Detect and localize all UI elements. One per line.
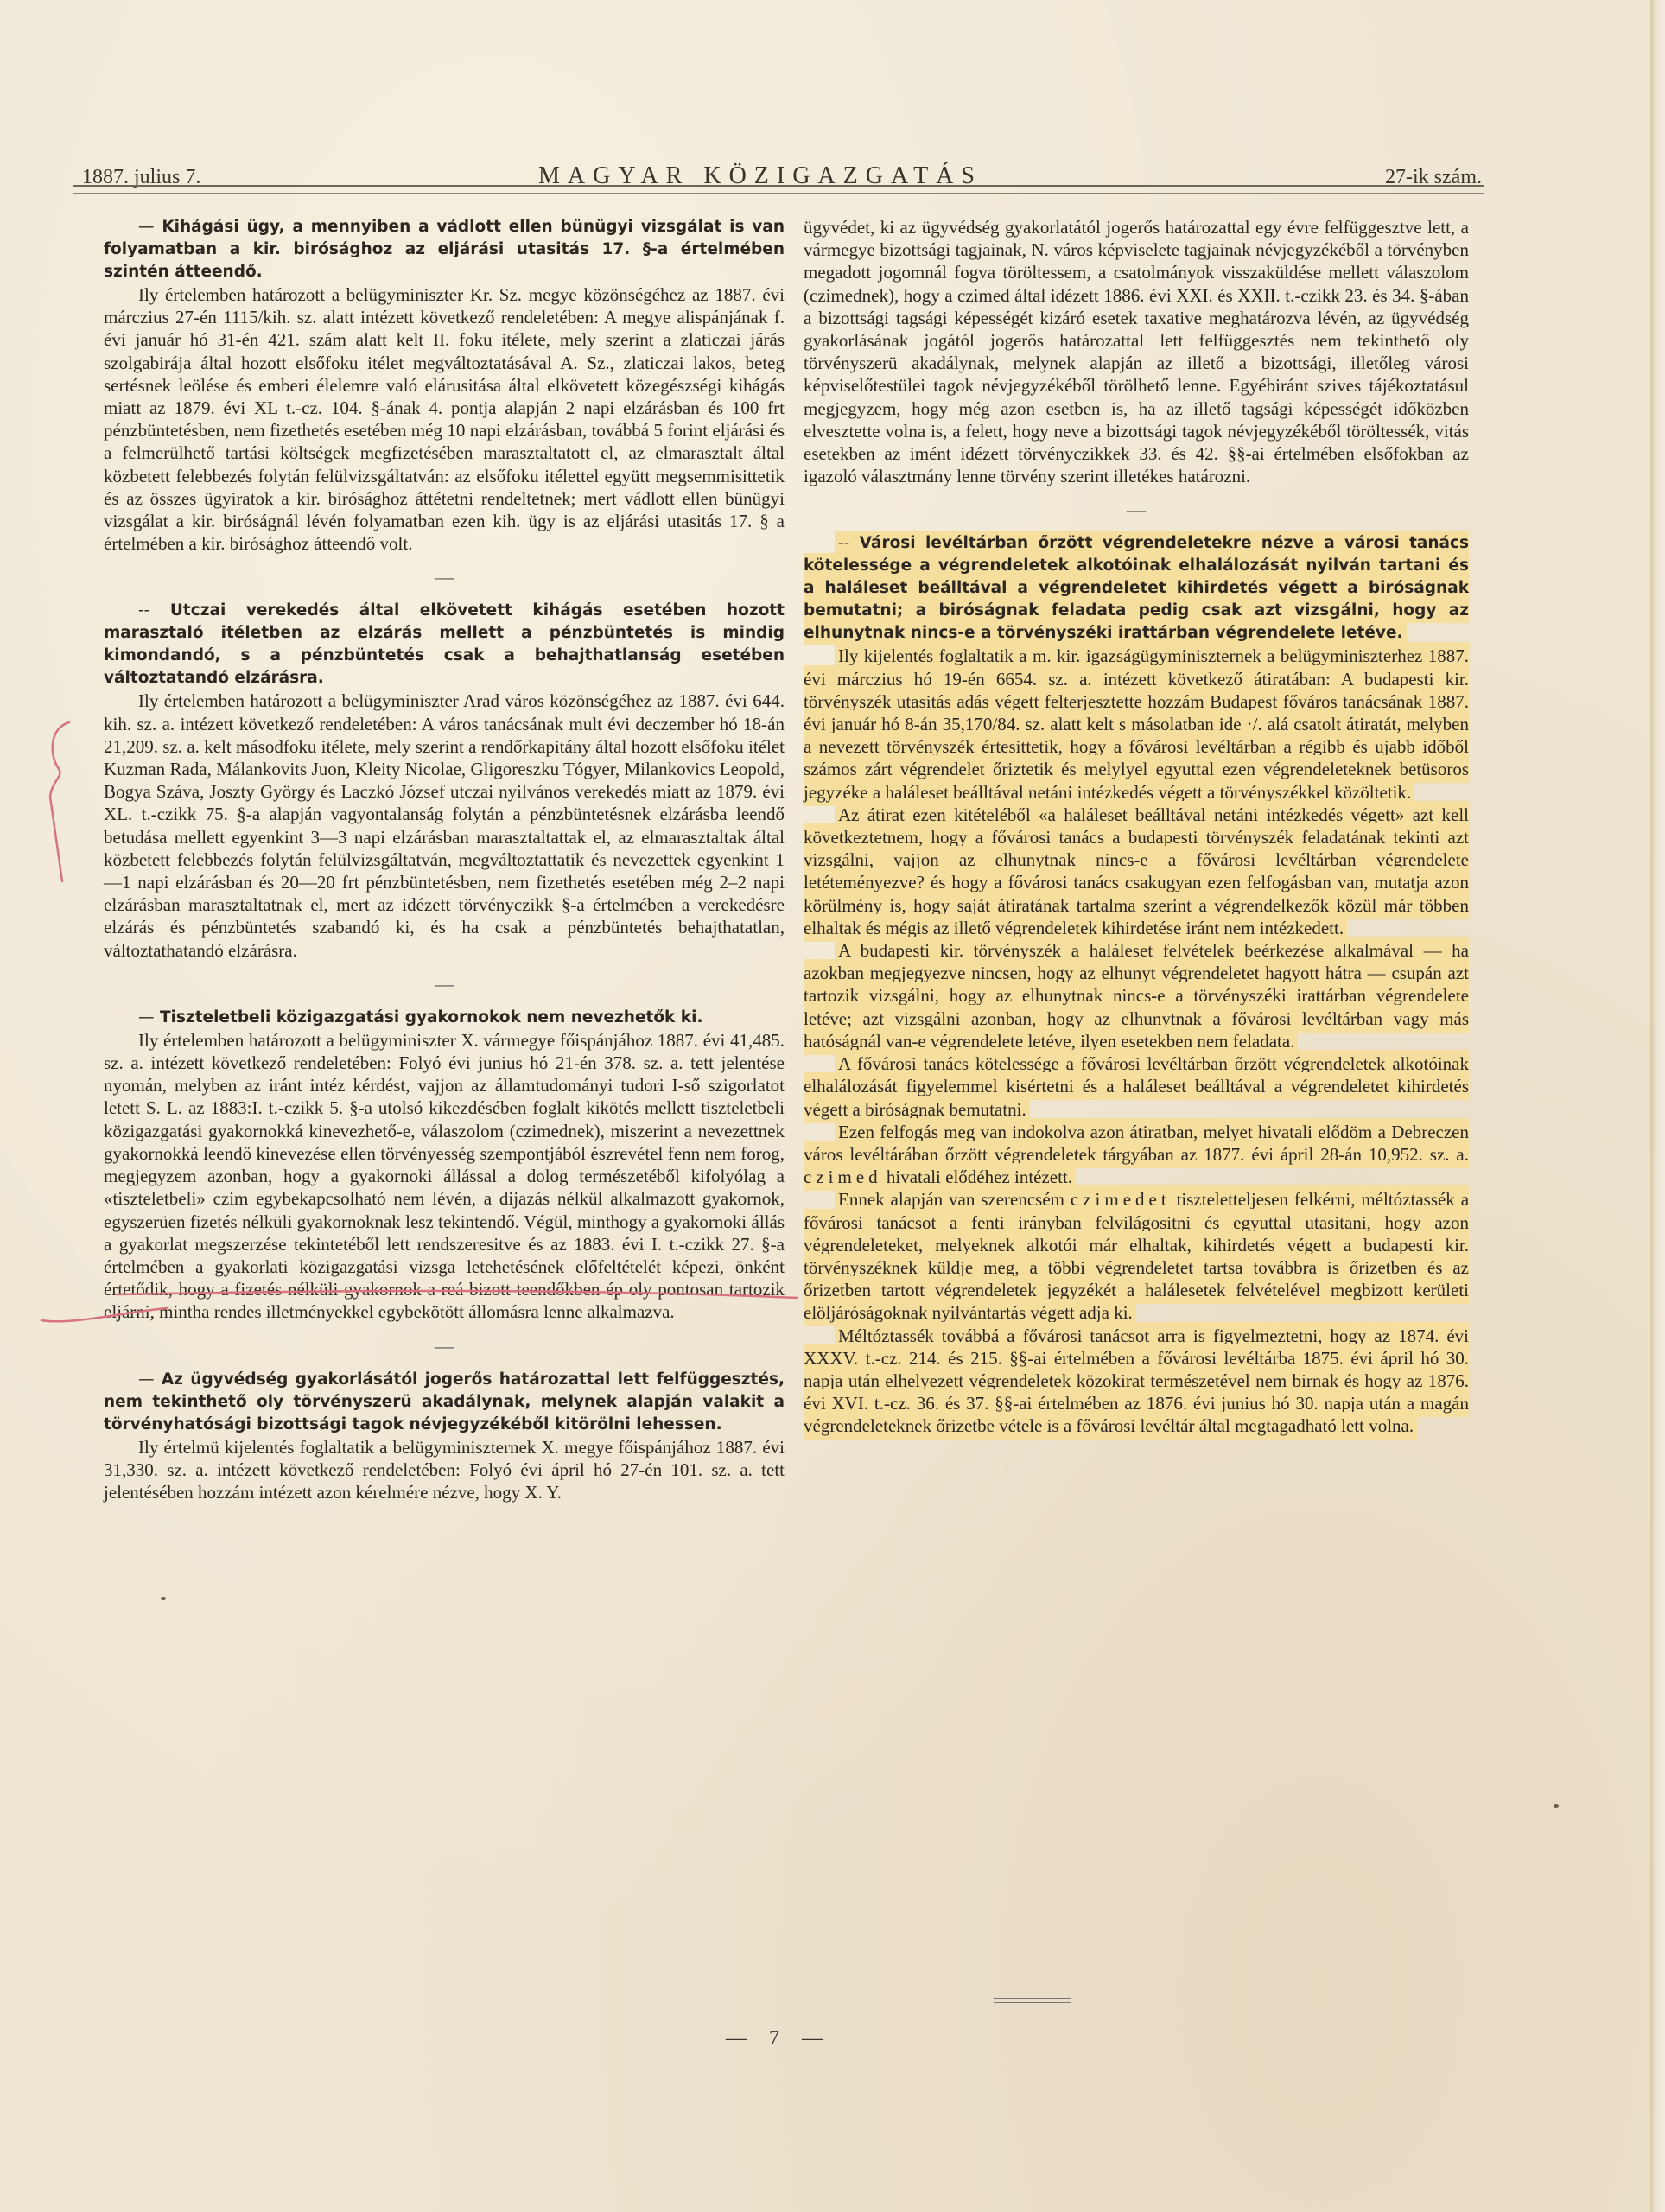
right-column: ügyvédet, ki az ügyvédség gyakorlatától …	[804, 216, 1469, 1438]
article-body: Ily kijelentés foglaltatik a m. kir. iga…	[804, 645, 1469, 803]
article-tiszteletbeli-gyakornokok: — Tiszteletbeli közigazgatási gyakornoko…	[104, 1007, 785, 1324]
article-utczai-verekedes: -- Utczai verekedés által elkövetett kih…	[104, 600, 785, 961]
section-separator: —	[104, 962, 785, 1007]
article-body: A fővárosi tanács kötelessége a fővárosi…	[804, 1052, 1469, 1121]
highlighted-text: -- Városi levéltárban őrzött végrendelet…	[804, 534, 1469, 642]
article-body: Az átirat ezen kitételéből «a haláleset …	[804, 804, 1469, 939]
paper-speck	[161, 1597, 166, 1600]
article-body: Ily értelemben határozott a belügyminisz…	[104, 690, 785, 961]
article-ugyvedseg-felfuggesztes: — Az ügyvédség gyakorlásától jogerős hat…	[104, 1369, 785, 1504]
article-headline: — Tiszteletbeli közigazgatási gyakornoko…	[104, 1007, 785, 1029]
column-divider	[791, 192, 791, 1989]
article-body: A budapesti kir. törvényszék a haláleset…	[804, 939, 1469, 1052]
page-number: — 7 —	[726, 2027, 831, 2050]
article-continuation: ügyvédet, ki az ügyvédség gyakorlatától …	[804, 216, 1469, 487]
article-headline: — Az ügyvédség gyakorlásától jogerős hat…	[104, 1369, 785, 1436]
article-varosi-leveltar-vegrendeletek: -- Városi levéltárban őrzött végrendelet…	[804, 532, 1469, 1437]
pencil-bracket-annotation	[43, 719, 78, 883]
section-separator: —	[104, 555, 785, 600]
newspaper-page: 1887. julius 7. MAGYAR KÖZIGAZGATÁS 27-i…	[0, 0, 1650, 2212]
article-body: Ennek alapján van szerencsém czimedet ti…	[804, 1188, 1469, 1324]
article-headline: — Kihágási ügy, a mennyiben a vádlott el…	[104, 216, 785, 283]
article-body: Ily értelmü kijelentés foglaltatik a bel…	[104, 1436, 785, 1504]
paper-speck	[1554, 1804, 1559, 1808]
page-edge	[1650, 0, 1665, 2212]
article-body: Ezen felfogás meg van indokolva azon áti…	[804, 1121, 1469, 1189]
section-separator: —	[104, 1324, 785, 1369]
article-body: Ily értelemben határozott a belügyminisz…	[104, 283, 785, 555]
header-double-rule	[73, 185, 1484, 194]
article-body: Ily értelemben határozott a belügyminisz…	[104, 1029, 785, 1324]
pencil-underline-annotation	[38, 1286, 798, 1329]
article-kihagasi-ugy: — Kihágási ügy, a mennyiben a vádlott el…	[104, 216, 785, 555]
section-separator: —	[804, 487, 1469, 532]
article-headline: -- Városi levéltárban őrzött végrendelet…	[804, 532, 1469, 645]
article-body: Méltóztassék továbbá a fővárosi tanácsot…	[804, 1325, 1469, 1438]
article-end-rule	[994, 1998, 1071, 2003]
article-headline: -- Utczai verekedés által elkövetett kih…	[104, 600, 785, 690]
